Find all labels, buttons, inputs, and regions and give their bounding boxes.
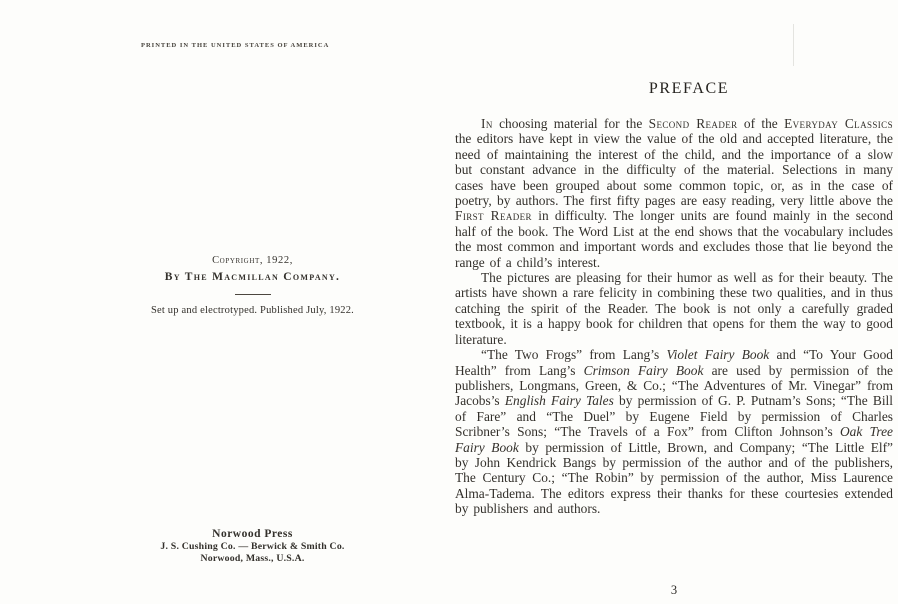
preface-paragraph: In choosing material for the Second Read… (455, 116, 893, 270)
text-run: In (481, 116, 493, 131)
printed-in-usa-notice: PRINTED IN THE UNITED STATES OF AMERICA (141, 42, 329, 49)
text-run: “The Two Frogs” from Lang’s (481, 347, 666, 362)
edition-note: Set up and electrotyped. Published July,… (110, 305, 395, 316)
text-run: First Reader (455, 208, 532, 223)
text-run: Crimson Fairy Book (584, 363, 704, 378)
text-run: Everyday Classics (784, 116, 893, 131)
page-number: 3 (455, 583, 893, 598)
text-run: by permission of Little, Brown, and Comp… (455, 440, 893, 517)
right-page: PREFACE In choosing material for the Sec… (449, 0, 898, 604)
text-run: English Fairy Tales (505, 393, 614, 408)
text-run: Second Reader (649, 116, 738, 131)
preface-paragraph: The pictures are pleasing for their humo… (455, 270, 893, 347)
press-companies-line: J. S. Cushing Co. — Berwick & Smith Co. (105, 541, 400, 552)
publisher-line: By The Macmillan Company. (110, 271, 395, 283)
press-block: Norwood Press J. S. Cushing Co. — Berwic… (105, 528, 400, 564)
left-page: PRINTED IN THE UNITED STATES OF AMERICA … (0, 0, 449, 604)
text-run: the editors have kept in view the value … (455, 131, 893, 208)
divider-rule (235, 294, 271, 295)
copyright-block: Copyright, 1922, By The Macmillan Compan… (110, 255, 395, 316)
press-name: Norwood Press (105, 528, 400, 540)
preface-title: PREFACE (455, 80, 893, 98)
preface-paragraph: “The Two Frogs” from Lang’s Violet Fairy… (455, 347, 893, 516)
preface-paragraphs: In choosing material for the Second Read… (455, 116, 893, 517)
copyright-line: Copyright, 1922, (110, 255, 395, 266)
text-run: choosing material for the (493, 116, 649, 131)
text-run: The pictures are pleasing for their humo… (455, 270, 893, 347)
press-location-line: Norwood, Mass., U.S.A. (105, 553, 400, 564)
text-run: of the (738, 116, 785, 131)
text-run: Violet Fairy Book (666, 347, 769, 362)
scan-artifact (793, 24, 794, 66)
